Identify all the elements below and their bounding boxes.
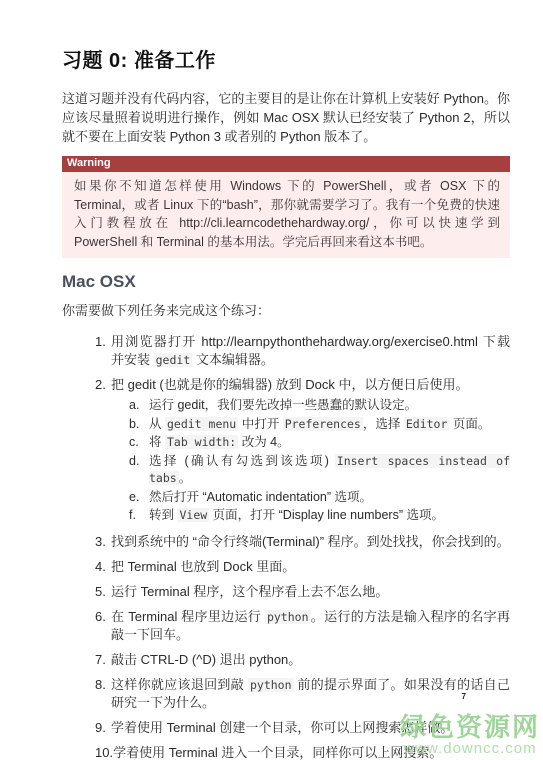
page-title: 习题 0: 准备工作 [62,44,510,73]
step-number: 10. [95,744,113,760]
warning-admonition: Warning 如果你不知道怎样使用 Windows 下的 PowerShell… [62,156,510,258]
substep-text: 运行 gedit，我们要先改掉一些愚蠢的默认设定。 [149,397,510,415]
section-heading: Mac OSX [62,272,510,292]
step-number: 8. [95,676,111,712]
step-item: 3.找到系统中的 “命令行终端(Terminal)” 程序。到处找找，你会找到的… [95,533,510,551]
section-lead: 你需要做下列任务来完成这个练习： [62,301,510,320]
step-number: 3. [95,533,111,551]
inline-code: Tab width: [165,435,238,449]
substeps-list: a.运行 gedit，我们要先改掉一些愚蠢的默认设定。b.从 gedit men… [129,397,510,525]
step-text: 把 Terminal 也放到 Dock 里面。 [111,558,510,576]
watermark-url: www.downcc.com [400,741,540,757]
step-item: 7.敲击 CTRL-D (^D) 退出 python。 [95,651,510,669]
step-item: 6.在 Terminal 程序里边运行 python。运行的方法是输入程序的名字… [95,608,510,644]
step-item: 2.把 gedit (也就是你的编辑器) 放到 Dock 中，以方便日后使用。a… [95,376,510,526]
inline-code: Insert spaces instead of tabs [149,454,510,486]
substep-text: 选择 (确认有勾选到该选项) Insert spaces instead of … [149,453,510,488]
substep-item: d.选择 (确认有勾选到该选项) Insert spaces instead o… [129,453,510,488]
inline-code: gedit menu [165,417,238,431]
step-number: 1. [95,333,111,369]
step-number: 2. [95,376,111,526]
step-text: 敲击 CTRL-D (^D) 退出 python。 [111,651,510,669]
inline-code: Preferences [283,417,363,431]
step-text: 用浏览器打开 http://learnpythonthehardway.org/… [111,333,510,369]
document-page: 习题 0: 准备工作 这道习题并没有代码内容，它的主要目的是让你在计算机上安装好… [0,0,543,760]
inline-code: gedit [154,353,193,367]
substep-letter: c. [129,434,143,452]
intro-paragraph: 这道习题并没有代码内容，它的主要目的是让你在计算机上安装好 Python。你应该… [62,89,510,146]
step-number: 5. [95,583,111,601]
substep-item: a.运行 gedit，我们要先改掉一些愚蠢的默认设定。 [129,397,510,415]
step-text: 找到系统中的 “命令行终端(Terminal)” 程序。到处找找，你会找到的。 [111,533,510,551]
inline-code: Editor [404,417,450,431]
substep-letter: f. [129,507,143,525]
step-item: 4.把 Terminal 也放到 Dock 里面。 [95,558,510,576]
step-item: 5.运行 Terminal 程序，这个程序看上去不怎么地。 [95,583,510,601]
substep-letter: b. [129,416,143,434]
inline-code: View [177,508,209,522]
step-number: 6. [95,608,111,644]
step-number: 4. [95,558,111,576]
substep-text: 将 Tab width: 改为 4。 [149,434,510,452]
substep-text: 从 gedit menu 中打开 Preferences，选择 Editor 页… [149,416,510,434]
substep-letter: e. [129,489,143,507]
substep-letter: d. [129,453,143,488]
steps-list: 1.用浏览器打开 http://learnpythonthehardway.or… [62,333,510,760]
page-content: 习题 0: 准备工作 这道习题并没有代码内容，它的主要目的是让你在计算机上安装好… [0,0,543,760]
inline-code: python [265,610,311,624]
substep-item: b.从 gedit menu 中打开 Preferences，选择 Editor… [129,416,510,434]
substep-item: f.转到 View 页面，打开 “Display line numbers” 选… [129,507,510,525]
step-text: 运行 Terminal 程序，这个程序看上去不怎么地。 [111,583,510,601]
warning-text: 如果你不知道怎样使用 Windows 下的 PowerShell，或者 OSX … [62,172,510,258]
watermark: 绿色资源网 www.downcc.com [400,714,540,757]
inline-code: python [248,678,294,692]
step-item: 1.用浏览器打开 http://learnpythonthehardway.or… [95,333,510,369]
step-number: 7. [95,651,111,669]
step-text: 把 gedit (也就是你的编辑器) 放到 Dock 中，以方便日后使用。a.运… [111,376,510,526]
substep-text: 然后打开 “Automatic indentation” 选项。 [149,489,510,507]
substep-item: c.将 Tab width: 改为 4。 [129,434,510,452]
step-number: 9. [95,719,111,737]
substep-letter: a. [129,397,143,415]
watermark-title: 绿色资源网 [400,714,540,741]
warning-label: Warning [62,156,510,172]
step-text: 在 Terminal 程序里边运行 python。运行的方法是输入程序的名字再敲… [111,608,510,644]
substep-text: 转到 View 页面，打开 “Display line numbers” 选项。 [149,507,510,525]
step-text: 这样你就应该退回到敲 python 前的提示界面了。如果没有的话自己研究一下为什… [111,676,510,712]
page-number: 7 [462,692,466,701]
substep-item: e.然后打开 “Automatic indentation” 选项。 [129,489,510,507]
step-item: 8.这样你就应该退回到敲 python 前的提示界面了。如果没有的话自己研究一下… [95,676,510,712]
